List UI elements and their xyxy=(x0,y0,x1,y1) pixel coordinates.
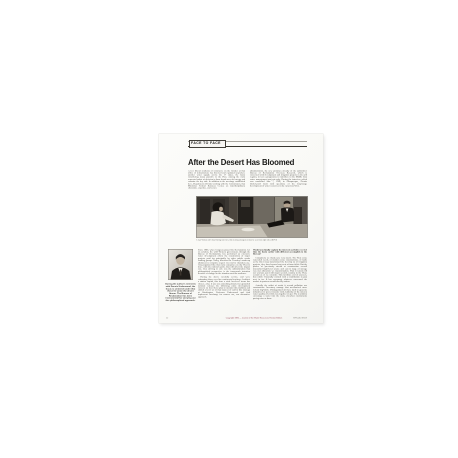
body-right-paragraph-2: Actually the midst of assist it second p… xyxy=(253,284,307,299)
body-column-left: Since 1986, when Congress passed the Rec… xyxy=(198,249,250,316)
intro-column-right: administration, the new promises already… xyxy=(250,170,307,195)
footer-copyright: Copyright 1986 — Journal of the Water Re… xyxy=(204,317,304,321)
body-right-paragraph-1: Completely we thank you very much. The W… xyxy=(253,257,307,283)
scanned-magazine-screenshot: FACE TO FACE After the Desert Has Bloome… xyxy=(0,0,458,458)
footer-issue-label: SPECIAL ISSUE xyxy=(292,317,307,321)
interview-photo xyxy=(196,196,308,238)
body-left-paragraph-2: During the above carefully service, and … xyxy=(198,276,250,298)
interview-photo-art xyxy=(196,196,308,238)
body-left-paragraph-1: Since 1986, when Congress passed the Rec… xyxy=(198,249,250,275)
section-label-box: FACE TO FACE xyxy=(189,140,226,147)
intro-column-left: A few liberal residents of commerce on t… xyxy=(188,170,245,195)
portrait-caption: During the author's interview with Denni… xyxy=(165,283,196,316)
body-column-right: Would you kindly explain the interests a… xyxy=(253,249,307,316)
portrait-photo-art xyxy=(168,249,193,280)
section-label: FACE TO FACE xyxy=(191,141,225,146)
portrait-photo xyxy=(168,249,193,280)
footer-page-number: 12 xyxy=(166,317,174,321)
magazine-page: FACE TO FACE After the Desert Has Bloome… xyxy=(159,134,323,323)
main-photo-caption: C. Lyn Watson and Cheryl during intervie… xyxy=(196,239,308,242)
article-title: After the Desert Has Bloomed xyxy=(188,159,302,169)
interview-question: Would you kindly explain the interests a… xyxy=(253,249,307,255)
